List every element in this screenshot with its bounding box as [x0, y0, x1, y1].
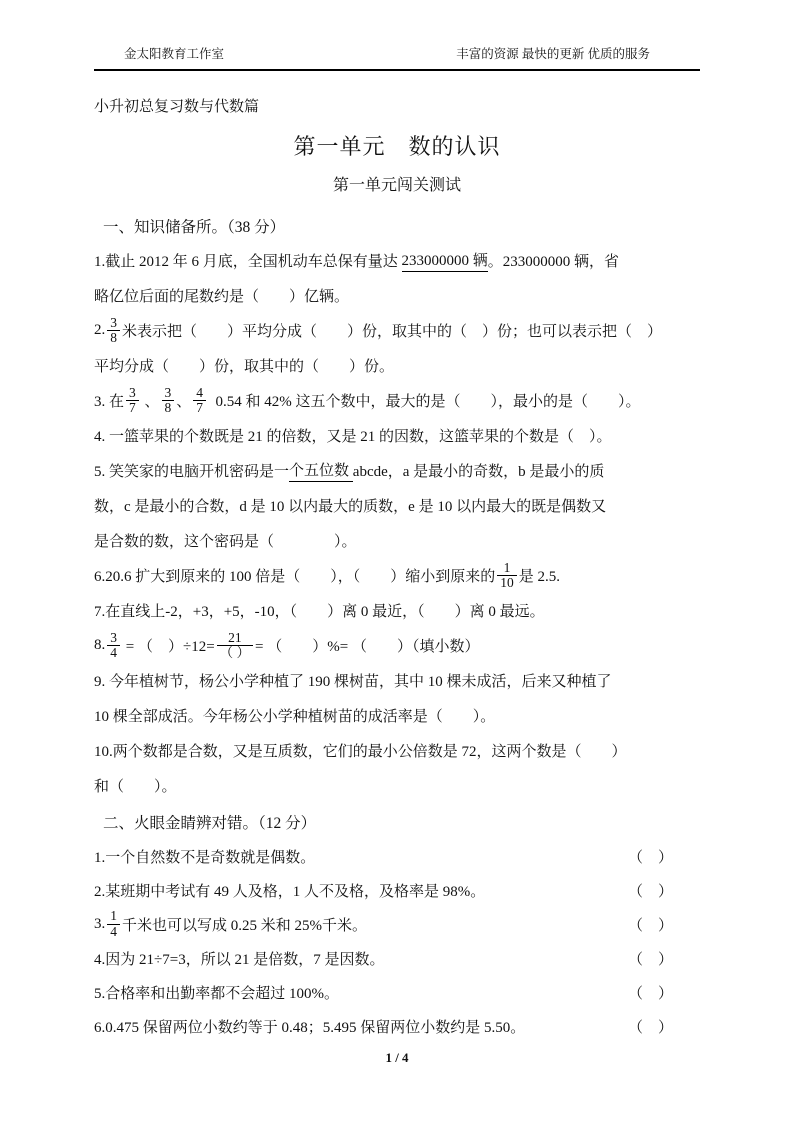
section2-heading: 二、火眼金睛辨对错。（12 分） [94, 804, 700, 839]
q6-text: 6.20.6 扩大到原来的 100 倍是（ ），（ ）缩小到原来的 [94, 565, 495, 586]
q8-text: = （ ）%= （ ）（填小数） [255, 635, 479, 656]
unit-title: 第一单元 数的认识 [94, 132, 700, 162]
header-slogan: 丰富的资源 最快的更新 优质的服务 [456, 46, 650, 62]
fraction-denominator: 7 [193, 400, 206, 415]
answer-parentheses: （ ） [628, 880, 673, 901]
fraction-numerator: 3 [162, 386, 175, 400]
q5-text: 数，c 是最小的合数，d 是 10 以内最大的质数，e 是 10 以内最大的既是… [94, 495, 606, 516]
page-header: 金太阳教育工作室 丰富的资源 最快的更新 优质的服务 [94, 0, 700, 71]
tf-statement: 1.一个自然数不是奇数就是偶数。 [94, 846, 315, 867]
tf-statement: 3.14千米也可以写成 0.25 米和 25%千米。 [94, 909, 367, 938]
fraction-denominator: 8 [162, 400, 175, 415]
q3-text: 3. 在 [94, 390, 124, 411]
question-5-line-1: 5. 笑笑家的电脑开机密码是一个五位数 abcde，a 是最小的奇数，b 是最小… [94, 453, 700, 488]
fraction-numerator: 3 [107, 316, 120, 330]
q2-text: 平均分成（ ）份，取其中的（ ）份。 [94, 355, 394, 376]
question-6-line: 6.20.6 扩大到原来的 100 倍是（ ），（ ）缩小到原来的110是 2.… [94, 558, 700, 593]
tf-item-4: 4.因为 21÷7=3，所以 21 是倍数，7 是因数。 （ ） [94, 941, 700, 975]
fraction-denominator: 10 [497, 575, 517, 590]
fraction-numerator: 4 [193, 386, 206, 400]
fraction-4-7: 47 [193, 386, 206, 415]
page-number: 1 / 4 [94, 1050, 700, 1066]
fraction-3-8: 38 [107, 316, 120, 345]
fraction-denominator: 7 [126, 400, 139, 415]
q3-separator: 、 [176, 390, 191, 411]
section1-heading: 一、知识储备所。（38 分） [94, 208, 700, 243]
q5-text: 5. 笑笑家的电脑开机密码是一 [94, 460, 289, 481]
question-2-line-2: 平均分成（ ）份，取其中的（ ）份。 [94, 348, 700, 383]
tf-item-6: 6.0.475 保留两位小数约等于 0.48；5.495 保留两位小数约是 5.… [94, 1009, 700, 1043]
question-10-line-1: 10.两个数都是合数，又是互质数，它们的最小公倍数是 72，这两个数是（ ） [94, 733, 700, 768]
q9-text: 10 棵全部成活。今年杨公小学种植树苗的成活率是（ ）。 [94, 705, 495, 726]
question-5-line-2: 数，c 是最小的合数，d 是 10 以内最大的质数，e 是 10 以内最大的既是… [94, 488, 700, 523]
question-2-line-1: 2.38米表示把（ ）平均分成（ ）份，取其中的（ ）份；也可以表示把（ ） [94, 313, 700, 348]
q6-text: 是 2.5. [519, 565, 560, 586]
fraction-numerator: 3 [126, 386, 139, 400]
header-company-name: 金太阳教育工作室 [124, 46, 224, 62]
document-page: 金太阳教育工作室 丰富的资源 最快的更新 优质的服务 小升初总复习数与代数篇 第… [0, 0, 793, 1122]
fraction-numerator: 1 [107, 909, 120, 923]
question-1-line-1: 1.截止 2012 年 6 月底，全国机动车总保有量达 233000000 辆。… [94, 243, 700, 278]
fraction-denominator: 4 [107, 645, 120, 660]
question-5-line-3: 是合数的数，这个密码是（ ）。 [94, 523, 700, 558]
tf-item-3: 3.14千米也可以写成 0.25 米和 25%千米。 （ ） [94, 907, 700, 941]
question-10-line-2: 和（ ）。 [94, 768, 700, 803]
answer-parentheses: （ ） [628, 914, 673, 935]
q5-text: abcde，a 是最小的奇数，b 是最小的质 [353, 460, 605, 481]
q1-text: 。233000000 辆，省 [488, 250, 619, 271]
tf-statement: 4.因为 21÷7=3，所以 21 是倍数，7 是因数。 [94, 948, 384, 969]
q3-separator: 、 [141, 390, 160, 411]
tf-item-5: 5.合格率和出勤率都不会超过 100%。 （ ） [94, 975, 700, 1009]
question-9-line-1: 9. 今年植树节，杨公小学种植了 190 棵树苗，其中 10 棵未成活，后来又种… [94, 663, 700, 698]
tf3-number: 3. [94, 916, 105, 933]
question-1-line-2: 略亿位后面的尾数约是（ ）亿辆。 [94, 278, 700, 313]
q2-text: 米表示把（ ）平均分成（ ）份，取其中的（ ）份；也可以表示把（ ） [122, 320, 662, 341]
fraction-3-8: 38 [162, 386, 175, 415]
fraction-numerator: 1 [501, 561, 514, 575]
tf3-text: 千米也可以写成 0.25 米和 25%千米。 [122, 914, 367, 935]
question-9-line-2: 10 棵全部成活。今年杨公小学种植树苗的成活率是（ ）。 [94, 698, 700, 733]
fraction-3-7: 37 [126, 386, 139, 415]
fraction-denominator: （ ） [217, 645, 253, 660]
fraction-1-4: 14 [107, 909, 120, 938]
q3-text: 0.54 和 42% 这五个数中，最大的是（ ），最小的是（ ）。 [208, 390, 641, 411]
fraction-1-10: 110 [497, 561, 517, 590]
question-3-line: 3. 在37 、38、47 0.54 和 42% 这五个数中，最大的是（ ），最… [94, 383, 700, 418]
answer-parentheses: （ ） [628, 1016, 673, 1037]
tf-statement: 6.0.475 保留两位小数约等于 0.48；5.495 保留两位小数约是 5.… [94, 1016, 525, 1037]
fraction-3-4: 34 [107, 631, 120, 660]
answer-parentheses: （ ） [628, 948, 673, 969]
header-rule [94, 69, 700, 71]
fraction-denominator: 8 [107, 330, 120, 345]
fraction-numerator: 21 [225, 631, 245, 645]
fraction-21-blank: 21（ ） [217, 631, 253, 660]
q1-text: 略亿位后面的尾数约是（ ）亿辆。 [94, 285, 349, 306]
q4-text: 4. 一篮苹果的个数既是 21 的倍数，又是 21 的因数，这篮苹果的个数是（ … [94, 425, 612, 446]
unit-test-subtitle: 第一单元闯关测试 [94, 175, 700, 197]
answer-parentheses: （ ） [628, 982, 673, 1003]
answer-parentheses: （ ） [628, 846, 673, 867]
underlined-text: 个五位数 [289, 459, 353, 482]
question-8-line: 8.34 = （ ）÷12=21（ ）= （ ）%= （ ）（填小数） [94, 628, 700, 663]
q10-text: 和（ ）。 [94, 775, 177, 796]
underlined-text: 233000000 辆 [402, 249, 488, 272]
tf-statement: 5.合格率和出勤率都不会超过 100%。 [94, 982, 339, 1003]
fraction-numerator: 3 [107, 631, 120, 645]
q5-text: 是合数的数，这个密码是（ ）。 [94, 530, 357, 551]
q9-text: 9. 今年植树节，杨公小学种植了 190 棵树苗，其中 10 棵未成活，后来又种… [94, 670, 612, 691]
doc-series-title: 小升初总复习数与代数篇 [94, 97, 700, 117]
question-4-line: 4. 一篮苹果的个数既是 21 的倍数，又是 21 的因数，这篮苹果的个数是（ … [94, 418, 700, 453]
q8-number: 8. [94, 637, 105, 654]
question-7-line: 7.在直线上-2，+3，+5，-10，（ ）离 0 最近，（ ）离 0 最远。 [94, 593, 700, 628]
tf-item-1: 1.一个自然数不是奇数就是偶数。 （ ） [94, 839, 700, 873]
tf-statement: 2.某班期中考试有 49 人及格，1 人不及格，及格率是 98%。 [94, 880, 485, 901]
q1-text: 1.截止 2012 年 6 月底，全国机动车总保有量达 [94, 250, 402, 271]
q2-number: 2. [94, 322, 105, 339]
fraction-denominator: 4 [107, 924, 120, 939]
tf-item-2: 2.某班期中考试有 49 人及格，1 人不及格，及格率是 98%。 （ ） [94, 873, 700, 907]
q10-text: 10.两个数都是合数，又是互质数，它们的最小公倍数是 72，这两个数是（ ） [94, 740, 627, 761]
q8-text: = （ ）÷12= [122, 635, 215, 656]
q7-text: 7.在直线上-2，+3，+5，-10，（ ）离 0 最近，（ ）离 0 最远。 [94, 600, 545, 621]
